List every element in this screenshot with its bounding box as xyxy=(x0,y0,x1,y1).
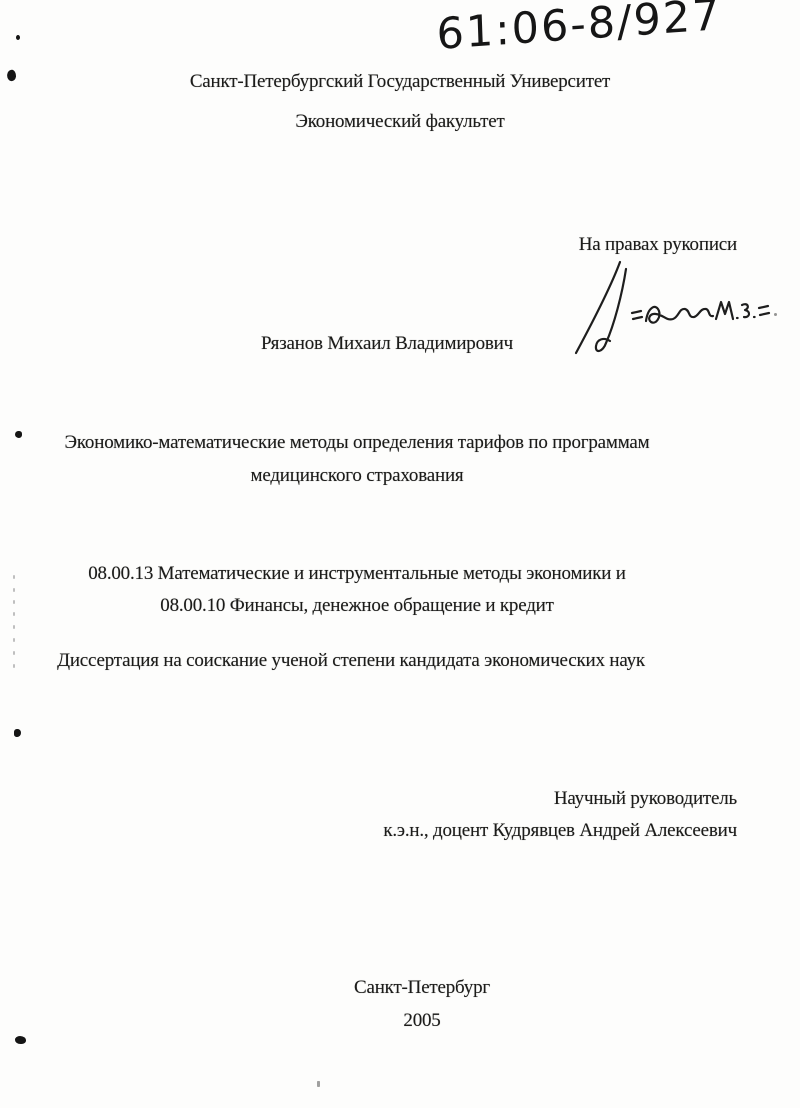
manuscript-note: На правах рукописи xyxy=(579,233,737,256)
supervisor-label: Научный руководитель xyxy=(383,783,737,815)
city-name: Санкт-Петербург xyxy=(44,976,800,999)
author-name: Рязанов Михаил Владимирович xyxy=(0,332,774,355)
ink-speck xyxy=(16,35,20,40)
faculty-name: Экономический факультет xyxy=(0,110,800,133)
university-name: Санкт-Петербургский Государственный Унив… xyxy=(0,70,800,93)
supervisor-name: к.э.н., доцент Кудрявцев Андрей Алексеев… xyxy=(383,815,737,847)
specialty-line-1: 08.00.13 Математические и инструментальн… xyxy=(4,558,710,590)
scan-dash xyxy=(13,625,15,629)
signature-stroke xyxy=(716,302,733,319)
handwritten-catalog-number: 61:06-8/927 xyxy=(414,0,745,62)
dissertation-title: Экономико-математические методы определе… xyxy=(4,426,710,492)
supervisor-block: Научный руководитель к.э.н., доцент Кудр… xyxy=(383,783,737,847)
specialty-line-2: 08.00.10 Финансы, денежное обращение и к… xyxy=(4,590,710,622)
signature-stroke xyxy=(759,306,769,315)
ink-speck xyxy=(15,1036,26,1044)
signature-stroke xyxy=(742,304,749,317)
signature-stroke xyxy=(632,311,642,319)
specialty-codes: 08.00.13 Математические и инструментальн… xyxy=(4,558,710,622)
title-line-1: Экономико-математические методы определе… xyxy=(4,426,710,459)
publication-year: 2005 xyxy=(44,1009,800,1032)
signature-stroke xyxy=(646,307,713,323)
scan-dash xyxy=(13,638,15,642)
ink-speck xyxy=(14,729,21,737)
ink-speck xyxy=(317,1081,320,1087)
degree-note: Диссертация на соискание ученой степени … xyxy=(0,649,702,672)
title-line-2: медицинского страхования xyxy=(4,459,710,492)
dissertation-title-page: 61:06-8/927 Санкт-Петербургский Государс… xyxy=(0,0,800,1108)
